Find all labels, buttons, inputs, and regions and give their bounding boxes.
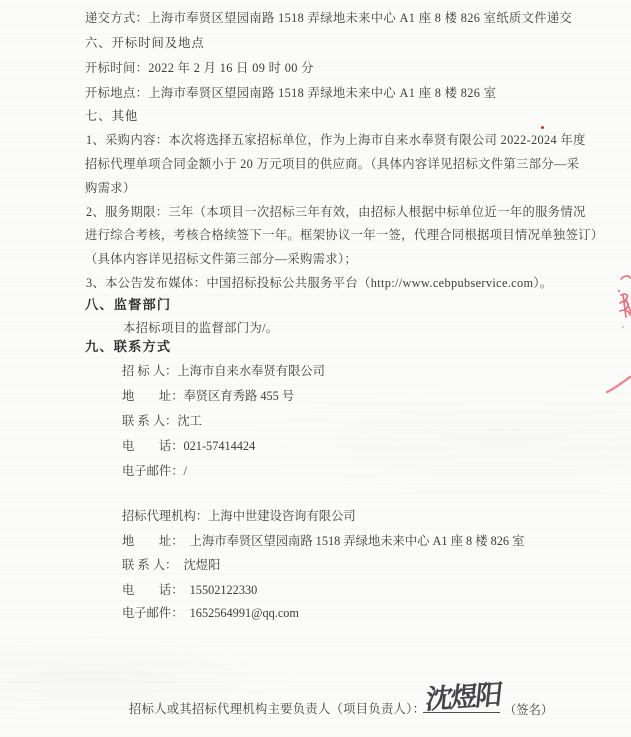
tenderer-contact-row: 联 系 人：沈工 bbox=[122, 414, 202, 429]
agency-name-value: 上海中世建设咨询有限公司 bbox=[208, 509, 356, 524]
line-procurement-content-1: 1、采购内容：本次将选择五家招标单位，作为上海市自来水奉贤有限公司 2022-2… bbox=[86, 133, 586, 148]
line-service-term-1: 2、服务期限：三年（本项目一次招标三年有效，由招标人根据中标单位近一年的服务情况 bbox=[86, 205, 586, 220]
agency-address-label: 地 址： bbox=[122, 534, 190, 549]
tenderer-email-label: 电子邮件： bbox=[122, 464, 184, 479]
agency-email-value: 1652564991@qq.com bbox=[190, 606, 299, 621]
line-bid-opening-time: 开标时间：2022 年 2 月 16 日 09 时 00 分 bbox=[85, 61, 314, 76]
handwritten-signature: 沈煜阳 bbox=[424, 672, 503, 717]
line-procurement-content-2: 招标代理单项合同金额小于 20 万元项目的供应商。（具体内容详见招标文件第三部分… bbox=[85, 157, 579, 172]
heading-section-6: 六、开标时间及地点 bbox=[85, 36, 205, 51]
agency-name-label: 招标代理机构： bbox=[122, 509, 208, 524]
tenderer-phone-value: 021-57414424 bbox=[184, 439, 256, 454]
tenderer-address-value: 奉贤区育秀路 455 号 bbox=[184, 389, 295, 404]
agency-phone-value: 15502122330 bbox=[190, 583, 258, 598]
scanned-document-page: 递交方式：上海市奉贤区望园南路 1518 弄绿地未来中心 A1 座 8 楼 82… bbox=[0, 0, 631, 737]
agency-contact-row: 联 系 人： 沈煜阳 bbox=[122, 558, 220, 573]
tenderer-email-row: 电子邮件：/ bbox=[122, 464, 187, 479]
tenderer-contact-label: 联 系 人： bbox=[122, 414, 177, 429]
agency-email-label: 电子邮件： bbox=[122, 606, 190, 621]
tenderer-name-label: 招 标 人： bbox=[122, 364, 177, 379]
tenderer-name-value: 上海市自来水奉贤有限公司 bbox=[177, 364, 325, 379]
tenderer-contact-value: 沈工 bbox=[177, 414, 202, 429]
heading-section-7: 七、其他 bbox=[85, 109, 138, 124]
tenderer-phone-label: 电 话： bbox=[122, 439, 184, 454]
line-bid-opening-place: 开标地点：上海市奉贤区望园南路 1518 弄绿地未来中心 A1 座 8 楼 82… bbox=[85, 86, 496, 101]
agency-email-row: 电子邮件： 1652564991@qq.com bbox=[122, 606, 299, 621]
tenderer-name-row: 招 标 人：上海市自来水奉贤有限公司 bbox=[122, 364, 325, 379]
agency-phone-label: 电 话： bbox=[122, 583, 190, 598]
tenderer-address-row: 地 址：奉贤区育秀路 455 号 bbox=[122, 389, 294, 404]
tenderer-email-value: / bbox=[184, 464, 187, 479]
heading-section-9: 九、联系方式 bbox=[85, 339, 171, 354]
agency-address-value: 上海市奉贤区望园南路 1518 弄绿地未来中心 A1 座 8 楼 826 室 bbox=[190, 534, 525, 549]
tenderer-address-label: 地 址： bbox=[122, 389, 184, 404]
line-announcement-media: 3、本公告发布媒体：中国招标投标公共服务平台（http://www.cebpub… bbox=[86, 276, 553, 291]
agency-contact-value: 沈煜阳 bbox=[184, 558, 221, 573]
line-delivery-method: 递交方式：上海市奉贤区望园南路 1518 弄绿地未来中心 A1 座 8 楼 82… bbox=[85, 11, 572, 26]
red-stamp-fragment bbox=[610, 268, 631, 330]
agency-contact-label: 联 系 人： bbox=[122, 558, 184, 573]
agency-phone-row: 电 话： 15502122330 bbox=[122, 583, 257, 598]
signature-underline bbox=[423, 712, 500, 713]
red-pen-stroke bbox=[606, 373, 631, 395]
red-ink-dot bbox=[541, 126, 544, 129]
line-procurement-content-3: 购需求） bbox=[85, 181, 136, 196]
line-service-term-2: 进行综合考核，考核合格续签下一年。框架协议一年一签，代理合同根据项目情况单独签订… bbox=[85, 228, 604, 243]
agency-address-row: 地 址： 上海市奉贤区望园南路 1518 弄绿地未来中心 A1 座 8 楼 82… bbox=[122, 534, 524, 549]
line-service-term-3: （具体内容详见招标文件第三部分—采购需求）； bbox=[85, 252, 357, 267]
line-supervision-department: 本招标项目的监督部门为/。 bbox=[123, 321, 279, 336]
signature-prefix: 招标人或其招标代理机构主要负责人（项目负责人）： bbox=[129, 699, 425, 717]
signature-suffix-label: （签名） bbox=[504, 700, 553, 718]
heading-section-8: 八、监督部门 bbox=[85, 297, 171, 312]
tenderer-phone-row: 电 话：021-57414424 bbox=[122, 439, 255, 454]
agency-name-row: 招标代理机构：上海中世建设咨询有限公司 bbox=[122, 509, 356, 524]
